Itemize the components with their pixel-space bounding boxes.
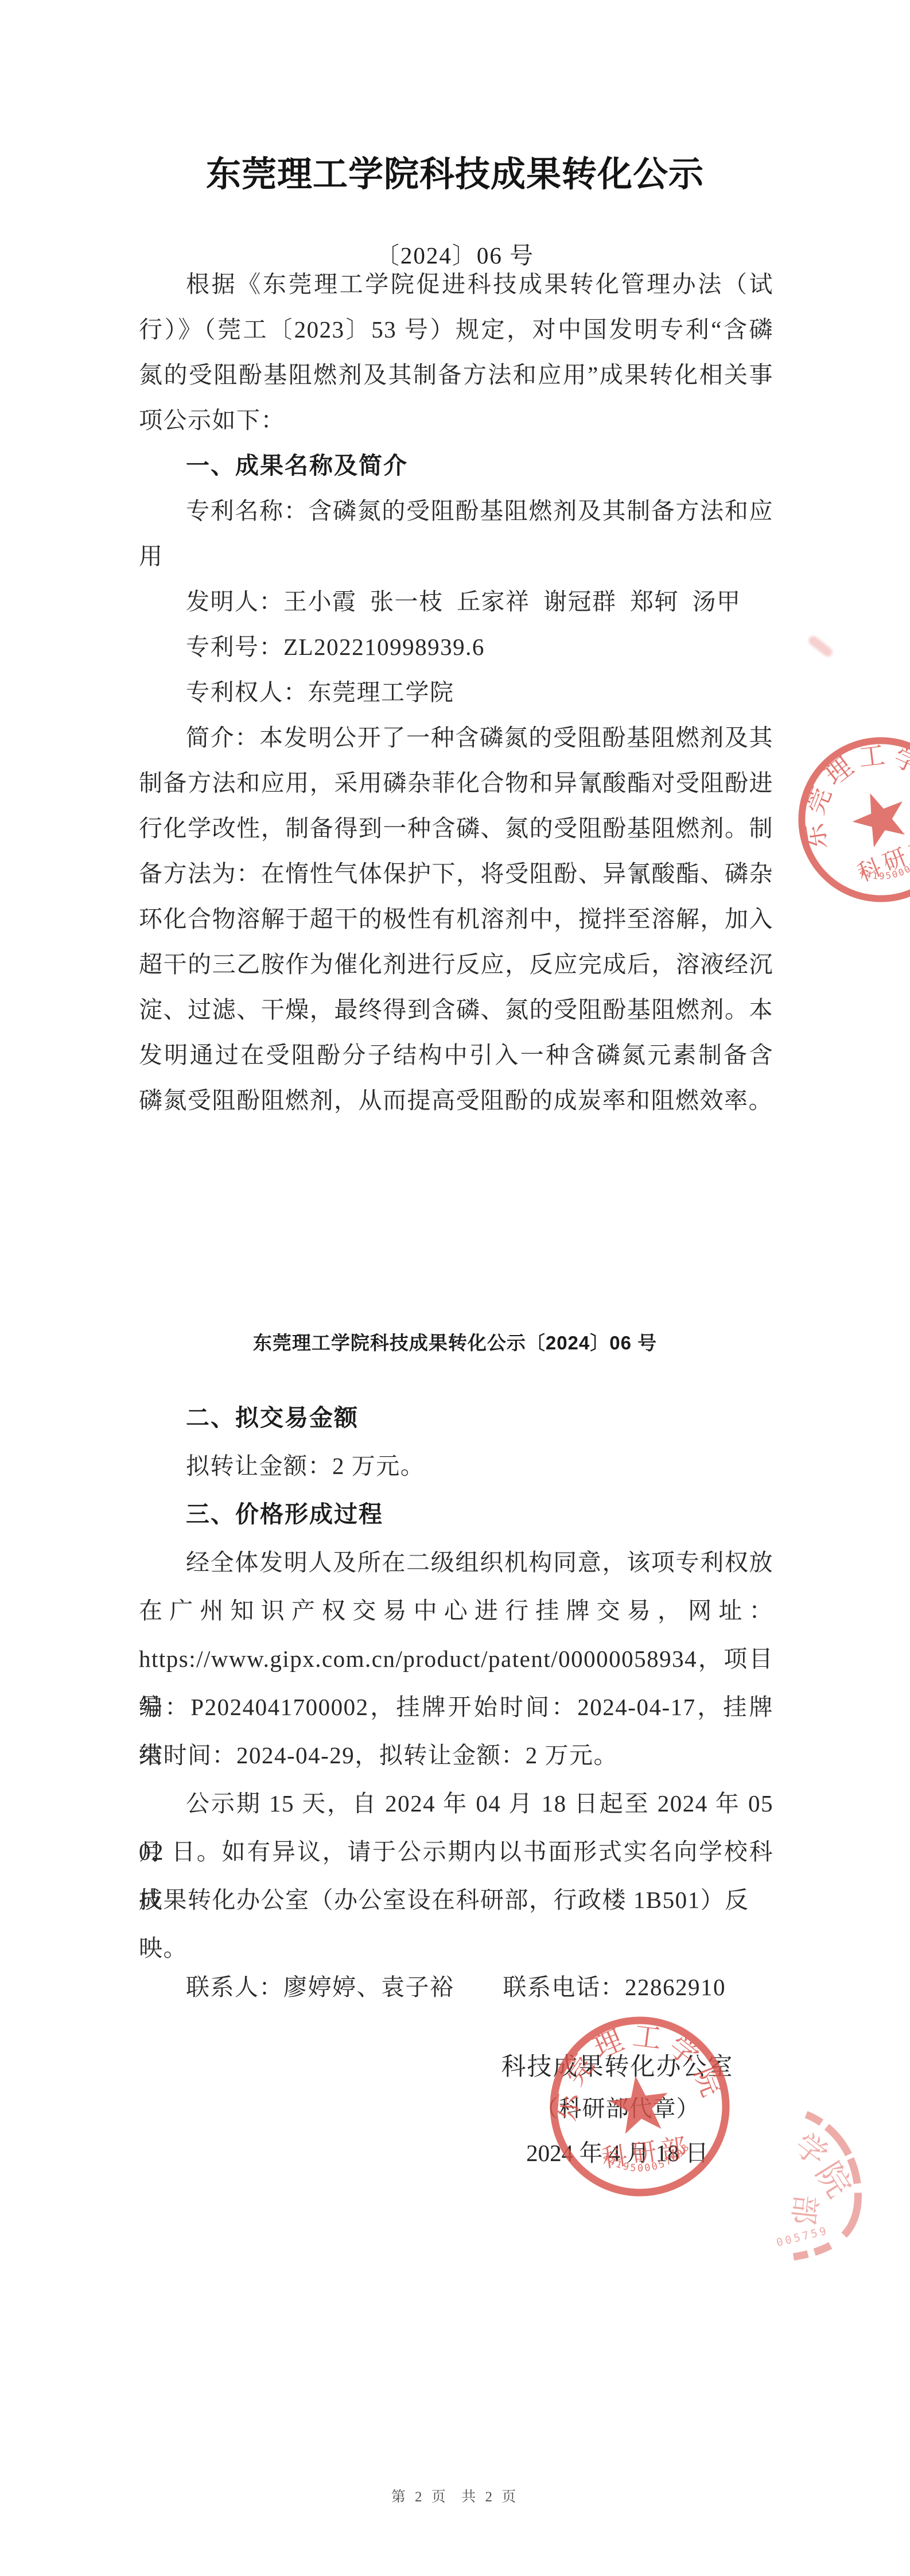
section-heading: 三、价格形成过程: [139, 1490, 773, 1538]
seal-partial-char3: 部: [785, 2193, 821, 2226]
page-footer: 第 2 页 共 2 页: [0, 2485, 910, 2509]
body-line: 专利权人：东莞理工学院: [139, 670, 773, 715]
page2-running-header: 东莞理工学院科技成果转化公示〔2024〕06 号: [0, 1320, 910, 1366]
section-heading: 一、成果名称及简介: [139, 443, 773, 488]
body-line: 淀、过滤、干燥，最终得到含磷、氮的受阻酚基阻燃剂。本: [139, 987, 773, 1033]
body-line: 经全体发明人及所在二级组织机构同意，该项专利权放: [139, 1538, 773, 1586]
body-line: 超干的三乙胺作为催化剂进行反应，反应完成后，溶液经沉: [139, 942, 773, 987]
seal-partial-char2: 院: [808, 2156, 858, 2204]
scanned-document-page: { "page1": { "title": "东莞理工学院科技成果转化公示", …: [0, 0, 910, 2576]
body-line: 成果转化办公室（办公室设在科研部，行政楼 1B501）反映。: [139, 1876, 773, 1924]
body-line: 号：P2024041700002，挂牌开始时间：2024-04-17，挂牌结: [139, 1683, 773, 1731]
seal-partial-arc: [794, 2115, 858, 2257]
signature-note: （科研部代章）: [488, 2088, 747, 2129]
body-line: 束时间：2024-04-29，拟转让金额：2 万元。: [139, 1731, 773, 1779]
seal-dept-text: 科研部: [854, 832, 910, 886]
body-line: 制备方法和应用，采用磷杂菲化合物和异氰酸酯对受阻酚进: [139, 761, 773, 806]
contact-line: 联系人：廖婷婷、袁子裕 联系电话：22862910: [139, 1963, 827, 2011]
body-line: 项公示如下：: [139, 398, 773, 443]
svg-text:东莞理工学院: 东莞理工学院: [773, 715, 910, 858]
signature-office: 科技成果转化办公室: [488, 2047, 747, 2088]
seal-star-icon: [845, 783, 910, 851]
body-line: 备方法为：在惰性气体保护下，将受阻酚、异氰酸酯、磷杂: [139, 851, 773, 897]
body-line: 02 日。如有异议，请于公示期内以书面形式实名向学校科技: [139, 1828, 773, 1876]
body-line: 氮的受阻酚基阻燃剂及其制备方法和应用”成果转化相关事: [139, 352, 773, 398]
ink-smudge: [807, 634, 834, 658]
seal-partial-bottom-right: 学 院 部 005759: [760, 2108, 881, 2268]
body-line: 专利名称：含磷氮的受阻酚基阻燃剂及其制备方法和应: [139, 488, 773, 534]
body-line: 简介：本发明公开了一种含磷氮的受阻酚基阻燃剂及其: [139, 715, 773, 761]
body-line: 行化学改性，制备得到一种含磷、氮的受阻酚基阻燃剂。制: [139, 806, 773, 851]
body-line: 在广州知识产权交易中心进行挂牌交易，网址：: [139, 1586, 773, 1635]
body-line: 发明人：王小霞 张一枝 丘家祥 谢冠群 郑轲 汤甲: [139, 579, 773, 624]
seal-partial-char1: 学: [788, 2127, 834, 2174]
body-line: 发明通过在受阻酚分子结构中引入一种含磷氮元素制备含: [139, 1033, 773, 1078]
seal-partial-serial: 005759: [775, 2224, 830, 2249]
seal-org-text: 东莞理工学院: [773, 715, 910, 858]
body-line: 环化合物溶解于超干的极性有机溶剂中，搅拌至溶解，加入: [139, 897, 773, 942]
signature-date: 2024 年 4 月 18 日: [488, 2129, 747, 2177]
body-line: 公示期 15 天，自 2024 年 04 月 18 日起至 2024 年 05 …: [139, 1779, 773, 1828]
body-line: 专利号：ZL202210998939.6: [139, 624, 773, 670]
body-line: 磷氮受阻酚阻燃剂，从而提高受阻酚的成炭率和阻燃效率。: [139, 1078, 773, 1123]
body-line: 拟转让金额：2 万元。: [139, 1442, 773, 1490]
section-heading: 二、拟交易金额: [139, 1394, 773, 1442]
body-line: 根据《东莞理工学院促进科技成果转化管理办法（试: [139, 262, 773, 307]
document-title: 东莞理工学院科技成果转化公示: [0, 146, 910, 196]
signature-block: 科技成果转化办公室 （科研部代章） 2024 年 4 月 18 日: [488, 2047, 747, 2177]
body-line: https://www.gipx.com.cn/product/patent/0…: [139, 1635, 773, 1683]
seal-serial-text: 4419500057698: [855, 838, 910, 893]
body-line: 行）》（莞工〔2023〕53 号）规定，对中国发明专利“含磷: [139, 307, 773, 352]
svg-text:4419500057698: 4419500057698: [855, 838, 910, 893]
page1-body: 根据《东莞理工学院促进科技成果转化管理办法（试行）》（莞工〔2023〕53 号）…: [139, 262, 773, 1123]
body-line: 用: [139, 534, 773, 579]
page2-body: 二、拟交易金额拟转让金额：2 万元。三、价格形成过程经全体发明人及所在二级组织机…: [139, 1394, 773, 1924]
seal-research-dept-right-edge: 东莞理工学院 科研部 4419500057698: [756, 695, 910, 945]
